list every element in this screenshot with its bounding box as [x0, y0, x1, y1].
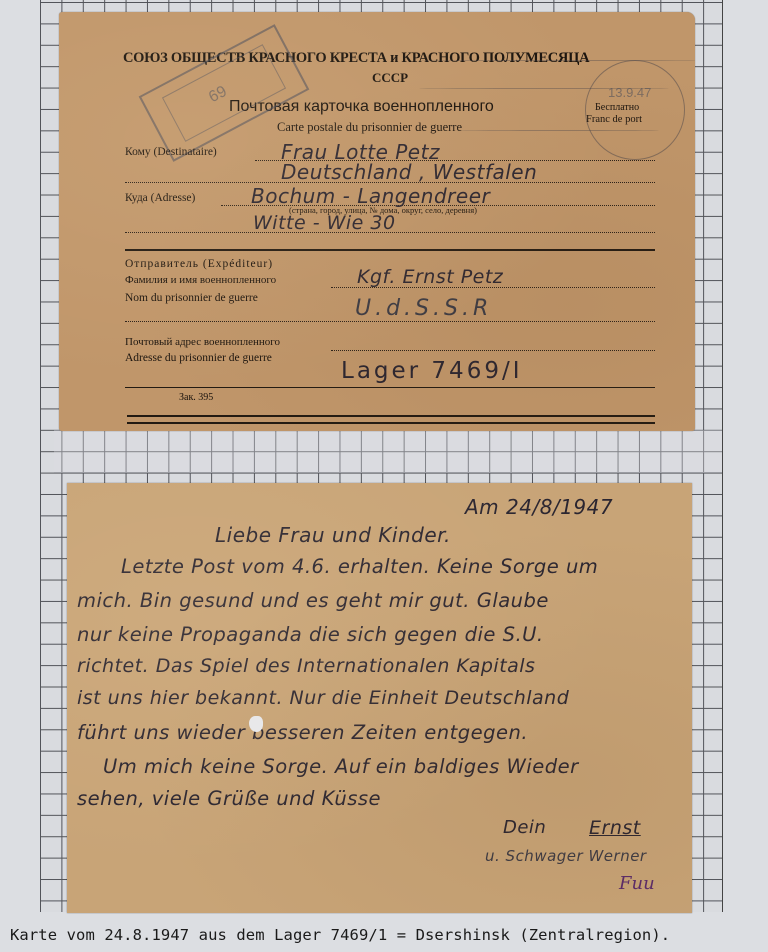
- postcard-back: Am 24/8/1947 Liebe Frau und Kinder. Letz…: [67, 483, 692, 913]
- letter-line-1: Letzte Post vom 4.6. erhalten. Keine Sor…: [121, 555, 598, 578]
- postcard-front: СОЮЗ ОБЩЕСТВ КРАСНОГО КРЕСТА и КРАСНОГО …: [59, 12, 695, 431]
- prisoner-name-label-fr: Nom du prisonnier de guerre: [125, 292, 258, 304]
- prisoner-name: Kgf. Ernst Petz: [357, 266, 503, 288]
- postmark-date: 13.9.47: [608, 85, 651, 100]
- prisoner-country: U.d.S.S.R: [355, 296, 492, 321]
- address-street: Witte - Wie 30: [253, 212, 396, 234]
- punch-hole: [249, 716, 263, 732]
- letter-line-6: führt uns wieder besseren Zeiten entgege…: [77, 721, 528, 744]
- grid-edge: [722, 0, 723, 912]
- postal-address: Lager 7469/I: [341, 358, 523, 384]
- album-page: СОЮЗ ОБЩЕСТВ КРАСНОГО КРЕСТА и КРАСНОГО …: [0, 0, 768, 952]
- franking-fr: Franc de port: [586, 114, 642, 125]
- letter-date: Am 24/8/1947: [465, 495, 613, 519]
- letter-line-5: ist uns hier bekannt. Nur die Einheit De…: [77, 687, 569, 709]
- letter-line-4: richtet. Das Spiel des Internationalen K…: [77, 655, 535, 677]
- header-country: СССР: [372, 70, 408, 86]
- print-order-number: Зак. 395: [179, 392, 213, 403]
- prisoner-name-label-ru: Фамилия и имя военнопленного: [125, 274, 276, 286]
- card-title-fr: Carte postale du prisonnier de guerre: [277, 120, 462, 135]
- page-caption: Karte vom 24.8.1947 aus dem Lager 7469/1…: [10, 926, 670, 944]
- letter-line-3: nur keine Propaganda die sich gegen die …: [77, 623, 544, 646]
- postal-address-label-ru: Почтовый адрес военнопленного: [125, 336, 280, 348]
- header-organization: СОЮЗ ОБЩЕСТВ КРАСНОГО КРЕСТА и КРАСНОГО …: [123, 50, 589, 67]
- censor-initials: Fuu: [619, 873, 655, 894]
- letter-line-8: sehen, viele Grüße und Küsse: [77, 787, 381, 810]
- postal-address-label-fr: Adresse du prisonnier de guerre: [125, 352, 272, 364]
- letter-closing: Dein: [503, 817, 546, 838]
- letter-line-7: Um mich keine Sorge. Auf ein baldiges Wi…: [103, 755, 579, 778]
- address-label: Куда (Adresse): [125, 192, 195, 204]
- plastic-sleeve-strip: [54, 430, 722, 473]
- letter-line-2: mich. Bin gesund und es geht mir gut. Gl…: [77, 589, 549, 612]
- recipient-country: Deutschland , Westfalen: [281, 160, 537, 184]
- letter-cosigner: u. Schwager Werner: [485, 847, 647, 865]
- franking-ru: Бесплатно: [595, 102, 639, 113]
- letter-salutation: Liebe Frau und Kinder.: [215, 523, 451, 547]
- recipient-label: Кому (Destinataire): [125, 146, 217, 158]
- sender-label: Отправитель (Expéditeur): [125, 258, 273, 270]
- letter-signature: Ernst: [589, 817, 641, 839]
